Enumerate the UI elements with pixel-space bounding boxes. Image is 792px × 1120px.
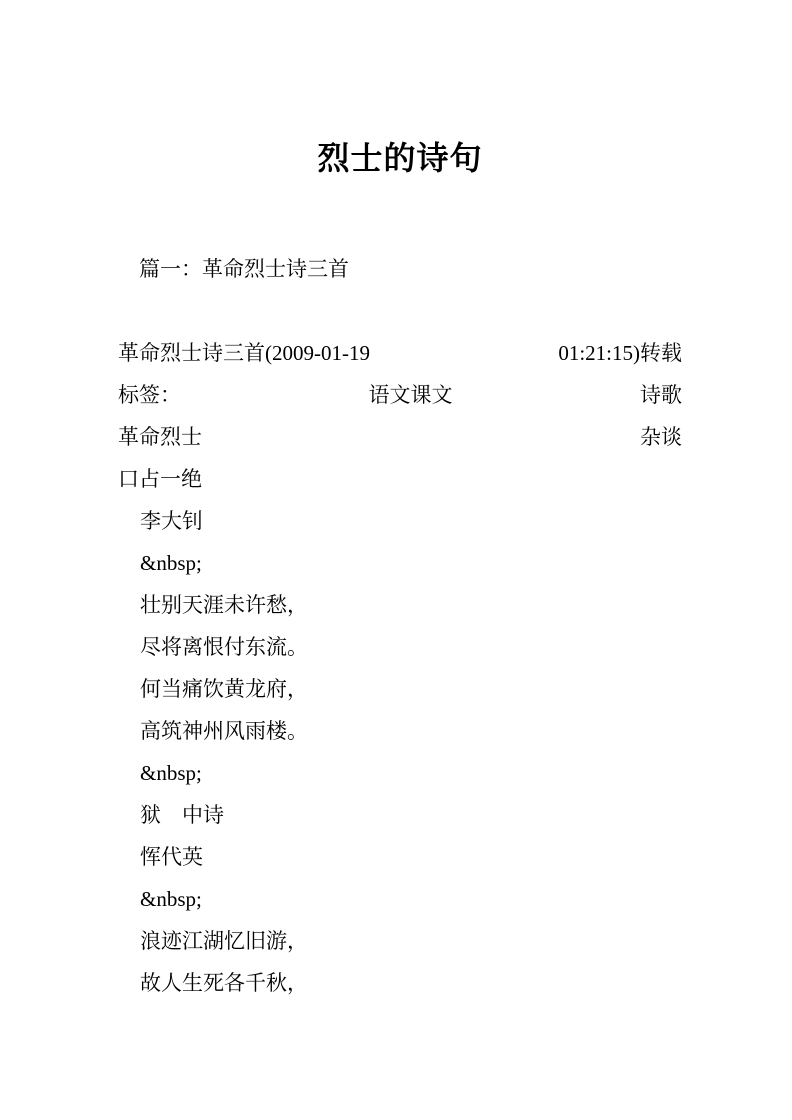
meta-row-date: 革命烈士诗三首(2009-01-19 01:21:15)转载 — [118, 332, 682, 374]
nbsp-artifact-line: &nbsp; — [118, 542, 682, 584]
section-heading: 篇一：革命烈士诗三首 — [118, 248, 682, 290]
poem-verse-line: 高筑神州风雨楼。 — [118, 710, 682, 752]
nbsp-artifact-line: &nbsp; — [118, 752, 682, 794]
meta-post-title-date: 革命烈士诗三首(2009-01-19 — [118, 332, 370, 374]
meta-tag-category: 语文课文 — [369, 374, 453, 416]
meta-misc-tag: 杂谈 — [640, 416, 682, 458]
poem-verse-line: 故人生死各千秋， — [118, 962, 682, 1004]
meta-tags-label: 标签： — [118, 374, 181, 416]
poem-title-line: 狱 中诗 — [118, 794, 682, 836]
meta-row-subject: 革命烈士 杂谈 — [118, 416, 682, 458]
poem-author-line: 恽代英 — [118, 836, 682, 878]
document-title: 烈士的诗句 — [118, 139, 682, 177]
document-page: 烈士的诗句 篇一：革命烈士诗三首 革命烈士诗三首(2009-01-19 01:2… — [0, 0, 792, 1120]
poem-author-line: 李大钊 — [118, 500, 682, 542]
poem-title-line: 口占一绝 — [118, 458, 682, 500]
poem-verse-line: 尽将离恨付东流。 — [118, 626, 682, 668]
poem-verse-line: 何当痛饮黄龙府， — [118, 668, 682, 710]
nbsp-artifact-line: &nbsp; — [118, 878, 682, 920]
meta-row-tags: 标签： 语文课文 诗歌 — [118, 374, 682, 416]
meta-tag-genre: 诗歌 — [640, 374, 682, 416]
meta-time-repost: 01:21:15)转载 — [558, 332, 682, 374]
poem-verse-line: 壮别天涯未许愁， — [118, 584, 682, 626]
meta-subject: 革命烈士 — [118, 416, 202, 458]
poem-verse-line: 浪迹江湖忆旧游， — [118, 920, 682, 962]
